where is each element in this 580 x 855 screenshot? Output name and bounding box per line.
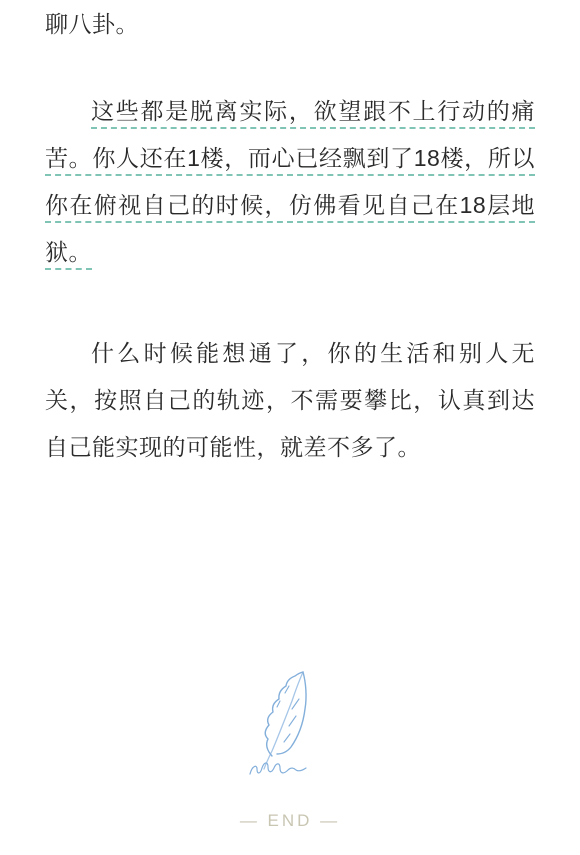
end-marker: — END — [45,809,535,833]
article-page: 聊八卦。 这些都是脱离实际，欲望跟不上行动的痛苦。你人还在1楼，而心已经飘到了1… [0,0,580,855]
paragraph-conclusion: 什么时候能想通了，你的生活和别人无关，按照自己的轨迹，不需要攀比，认真到达自己能… [45,330,535,471]
paragraph-gossip: 聊八卦。 [45,8,535,40]
paragraph-highlighted: 这些都是脱离实际，欲望跟不上行动的痛苦。你人还在1楼，而心已经飘到了18楼，所以… [45,88,535,276]
quill-feather-icon [245,657,335,797]
quill-feather-drawing [245,657,335,797]
